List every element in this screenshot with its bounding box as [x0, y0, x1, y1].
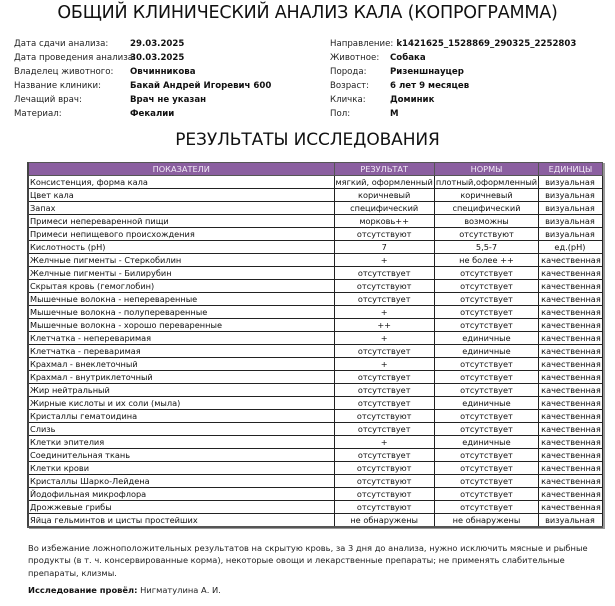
- table-row: Клетчатка - непереваримая+единичныекачес…: [28, 332, 602, 345]
- info-value: Овчинникова: [130, 65, 196, 79]
- cell-result: отсутствует: [334, 345, 434, 358]
- table-row: Соединительная тканьотсутствуетотсутству…: [28, 449, 602, 462]
- cell-indicator: Жирные кислоты и их соли (мыла): [28, 397, 334, 410]
- cell-result: отсутствуют: [334, 475, 434, 488]
- info-label: Дата проведения анализа:: [14, 51, 130, 65]
- cell-indicator: Желчные пигменты - Стеркобилин: [28, 254, 334, 267]
- table-row: Кислотность (pH)75,5-7ед.(pH): [28, 241, 602, 254]
- cell-indicator: Дрожжевые грибы: [28, 501, 334, 514]
- cell-result: отсутствует: [334, 371, 434, 384]
- results-title: РЕЗУЛЬТАТЫ ИССЛЕДОВАНИЯ: [0, 130, 615, 150]
- info-row-animal: Животное:Собака: [330, 51, 576, 65]
- cell-units: визуальная: [539, 189, 603, 202]
- cell-norm: отсутствует: [434, 462, 538, 475]
- table-row: Крахмал - внеклеточный+отсутствуеткачест…: [28, 358, 602, 371]
- cell-units: качественная: [539, 436, 603, 449]
- cell-norm: единичные: [434, 436, 538, 449]
- info-row-age: Возраст:6 лет 9 месяцев: [330, 79, 576, 93]
- cell-norm: отсутствует: [434, 306, 538, 319]
- cell-units: ед.(pH): [539, 241, 603, 254]
- cell-indicator: Клетки эпителия: [28, 436, 334, 449]
- cell-result: 7: [334, 241, 434, 254]
- cell-result: отсутствуют: [334, 280, 434, 293]
- cell-units: качественная: [539, 410, 603, 423]
- cell-units: визуальная: [539, 202, 603, 215]
- info-value: Фекалии: [130, 107, 174, 121]
- cell-norm: единичные: [434, 397, 538, 410]
- column-header-indicator: ПОКАЗАТЕЛИ: [28, 163, 334, 176]
- info-row-date-analysis: Дата проведения анализа:30.03.2025: [14, 51, 271, 65]
- cell-units: качественная: [539, 254, 603, 267]
- info-row-owner: Владелец животного:Овчинникова: [14, 65, 271, 79]
- info-value: 29.03.2025: [130, 37, 184, 51]
- cell-indicator: Консистенция, форма кала: [28, 176, 334, 189]
- info-value: Врач не указан: [130, 93, 206, 107]
- info-label: Владелец животного:: [14, 65, 130, 79]
- table-body: Консистенция, форма каламягкий, оформлен…: [28, 176, 602, 528]
- cell-norm: единичные: [434, 345, 538, 358]
- cell-units: визуальная: [539, 228, 603, 241]
- cell-result: +: [334, 254, 434, 267]
- cell-result: +: [334, 306, 434, 319]
- cell-indicator: Слизь: [28, 423, 334, 436]
- cell-indicator: Примеси непищевого происхождения: [28, 228, 334, 241]
- cell-norm: плотный,оформленный: [434, 176, 538, 189]
- cell-result: +: [334, 358, 434, 371]
- cell-norm: отсутствует: [434, 449, 538, 462]
- cell-norm: отсутствует: [434, 280, 538, 293]
- cell-units: визуальная: [539, 176, 603, 189]
- cell-units: качественная: [539, 280, 603, 293]
- info-label: Лечащий врач:: [14, 93, 130, 107]
- info-row-sex: Пол:М: [330, 107, 576, 121]
- table-row: Клетчатка - переваримаяотсутствуетединич…: [28, 345, 602, 358]
- cell-result: отсутствуют: [334, 488, 434, 501]
- info-row-referral: Направление:k1421625_1528869_290325_2252…: [330, 37, 576, 51]
- table-row: Жир нейтральныйотсутствуетотсутствуеткач…: [28, 384, 602, 397]
- info-value: Бакай Андрей Игоревич 600: [130, 79, 271, 93]
- table-row: Яйца гельминтов и цисты простейшихне обн…: [28, 514, 602, 528]
- info-value: 30.03.2025: [130, 51, 184, 65]
- table-row: Консистенция, форма каламягкий, оформлен…: [28, 176, 602, 189]
- cell-norm: коричневый: [434, 189, 538, 202]
- info-label: Кличка:: [330, 93, 390, 107]
- cell-indicator: Мышечные волокна - непереваренные: [28, 293, 334, 306]
- info-left-block: Дата сдачи анализа:29.03.2025 Дата прове…: [14, 37, 271, 121]
- cell-indicator: Мышечные волокна - хорошо переваренные: [28, 319, 334, 332]
- cell-norm: не обнаружены: [434, 514, 538, 528]
- info-row-breed: Порода:Ризеншнауцер: [330, 65, 576, 79]
- cell-units: качественная: [539, 423, 603, 436]
- column-header-units: ЕДИНИЦЫ: [539, 163, 603, 176]
- info-label: Животное:: [330, 51, 390, 65]
- table-row: Мышечные волокна - непереваренныеотсутст…: [28, 293, 602, 306]
- cell-result: отсутствуют: [334, 228, 434, 241]
- cell-indicator: Кристаллы гематоидина: [28, 410, 334, 423]
- info-value: Доминик: [390, 93, 434, 107]
- info-row-date-submitted: Дата сдачи анализа:29.03.2025: [14, 37, 271, 51]
- cell-indicator: Клетчатка - непереваримая: [28, 332, 334, 345]
- table-row: Слизьотсутствуетотсутствуеткачественная: [28, 423, 602, 436]
- cell-norm: не более ++: [434, 254, 538, 267]
- cell-result: отсутствует: [334, 293, 434, 306]
- cell-result: отсутствует: [334, 423, 434, 436]
- cell-result: не обнаружены: [334, 514, 434, 528]
- info-row-name: Кличка:Доминик: [330, 93, 576, 107]
- table-row: Скрытая кровь (гемоглобин)отсутствуютотс…: [28, 280, 602, 293]
- cell-norm: отсутствует: [434, 358, 538, 371]
- cell-norm: отсутствует: [434, 423, 538, 436]
- cell-norm: отсутствует: [434, 319, 538, 332]
- cell-units: качественная: [539, 462, 603, 475]
- table-row: Кристаллы гематоидинаотсутствуютотсутств…: [28, 410, 602, 423]
- cell-result: отсутствует: [334, 449, 434, 462]
- cell-units: качественная: [539, 384, 603, 397]
- table-row: Примеси непереваренной пищиморковь++возм…: [28, 215, 602, 228]
- cell-norm: 5,5-7: [434, 241, 538, 254]
- info-value: k1421625_1528869_290325_2252803: [396, 37, 576, 51]
- info-label: Возраст:: [330, 79, 390, 93]
- cell-indicator: Кристаллы Шарко-Лейдена: [28, 475, 334, 488]
- column-header-result: РЕЗУЛЬТАТ: [334, 163, 434, 176]
- info-label: Пол:: [330, 107, 390, 121]
- cell-norm: отсутствуют: [434, 228, 538, 241]
- cell-norm: отсутствует: [434, 501, 538, 514]
- cell-norm: отсутствует: [434, 293, 538, 306]
- cell-norm: отсутствует: [434, 475, 538, 488]
- cell-result: специфический: [334, 202, 434, 215]
- cell-units: качественная: [539, 397, 603, 410]
- info-label: Материал:: [14, 107, 130, 121]
- cell-units: качественная: [539, 449, 603, 462]
- cell-norm: отсутствует: [434, 410, 538, 423]
- cell-units: визуальная: [539, 514, 603, 528]
- cell-result: отсутствуют: [334, 462, 434, 475]
- table-row: Мышечные волокна - хорошо переваренные++…: [28, 319, 602, 332]
- column-header-norm: НОРМЫ: [434, 163, 538, 176]
- cell-units: качественная: [539, 501, 603, 514]
- cell-result: отсутствуют: [334, 501, 434, 514]
- table-row: Мышечные волокна - полупереваренные+отсу…: [28, 306, 602, 319]
- cell-indicator: Кислотность (pH): [28, 241, 334, 254]
- table-header-row: ПОКАЗАТЕЛИ РЕЗУЛЬТАТ НОРМЫ ЕДИНИЦЫ: [28, 163, 602, 176]
- info-label: Название клиники:: [14, 79, 130, 93]
- cell-result: коричневый: [334, 189, 434, 202]
- info-label: Порода:: [330, 65, 390, 79]
- cell-units: качественная: [539, 345, 603, 358]
- info-label: Дата сдачи анализа:: [14, 37, 130, 51]
- info-row-clinic: Название клиники:Бакай Андрей Игоревич 6…: [14, 79, 271, 93]
- signer-label: Исследование провёл:: [28, 585, 137, 595]
- cell-units: визуальная: [539, 215, 603, 228]
- table-row: Жирные кислоты и их соли (мыла)отсутству…: [28, 397, 602, 410]
- cell-norm: специфический: [434, 202, 538, 215]
- cell-indicator: Крахмал - внеклеточный: [28, 358, 334, 371]
- cell-result: отсутствует: [334, 267, 434, 280]
- cell-indicator: Клетки крови: [28, 462, 334, 475]
- cell-result: отсутствует: [334, 384, 434, 397]
- table-row: Кристаллы Шарко-Лейденаотсутствуютотсутс…: [28, 475, 602, 488]
- cell-result: морковь++: [334, 215, 434, 228]
- cell-norm: отсутствует: [434, 267, 538, 280]
- table-row: Йодофильная микрофлораотсутствуютотсутст…: [28, 488, 602, 501]
- document-title: ОБЩИЙ КЛИНИЧЕСКИЙ АНАЛИЗ КАЛА (КОПРОГРАМ…: [0, 3, 615, 23]
- cell-norm: возможны: [434, 215, 538, 228]
- info-value: М: [390, 107, 399, 121]
- results-table: ПОКАЗАТЕЛИ РЕЗУЛЬТАТ НОРМЫ ЕДИНИЦЫ Конси…: [27, 162, 603, 528]
- cell-units: качественная: [539, 475, 603, 488]
- cell-norm: отсутствует: [434, 488, 538, 501]
- cell-indicator: Мышечные волокна - полупереваренные: [28, 306, 334, 319]
- cell-indicator: Йодофильная микрофлора: [28, 488, 334, 501]
- cell-result: ++: [334, 319, 434, 332]
- cell-result: +: [334, 332, 434, 345]
- cell-indicator: Примеси непереваренной пищи: [28, 215, 334, 228]
- table-row: Клетки эпителия+единичныекачественная: [28, 436, 602, 449]
- info-row-material: Материал:Фекалии: [14, 107, 271, 121]
- cell-indicator: Запах: [28, 202, 334, 215]
- cell-indicator: Яйца гельминтов и цисты простейших: [28, 514, 334, 528]
- cell-indicator: Желчные пигменты - Билирубин: [28, 267, 334, 280]
- cell-units: качественная: [539, 488, 603, 501]
- info-row-doctor: Лечащий врач:Врач не указан: [14, 93, 271, 107]
- table-row: Запахспецифическийспецифическийвизуальна…: [28, 202, 602, 215]
- info-value: 6 лет 9 месяцев: [390, 79, 469, 93]
- table-row: Крахмал - внутриклеточныйотсутствуетотсу…: [28, 371, 602, 384]
- signer-name: Нигматулина А. И.: [140, 585, 221, 595]
- cell-indicator: Клетчатка - переваримая: [28, 345, 334, 358]
- info-value: Собака: [390, 51, 426, 65]
- preparation-note: Во избежание ложноположительных результа…: [28, 542, 593, 579]
- info-value: Ризеншнауцер: [390, 65, 464, 79]
- table-row: Дрожжевые грибыотсутствуютотсутствуеткач…: [28, 501, 602, 514]
- cell-units: качественная: [539, 371, 603, 384]
- table-row: Цвет калакоричневыйкоричневыйвизуальная: [28, 189, 602, 202]
- cell-result: отсутствует: [334, 397, 434, 410]
- table-row: Желчные пигменты - Билирубинотсутствуето…: [28, 267, 602, 280]
- table-row: Клетки кровиотсутствуютотсутствуеткачест…: [28, 462, 602, 475]
- cell-result: +: [334, 436, 434, 449]
- cell-units: качественная: [539, 267, 603, 280]
- table-row: Желчные пигменты - Стеркобилин+не более …: [28, 254, 602, 267]
- cell-units: качественная: [539, 358, 603, 371]
- cell-norm: отсутствует: [434, 384, 538, 397]
- cell-norm: единичные: [434, 332, 538, 345]
- cell-result: мягкий, оформленный: [334, 176, 434, 189]
- info-right-block: Направление:k1421625_1528869_290325_2252…: [330, 37, 576, 121]
- cell-indicator: Соединительная ткань: [28, 449, 334, 462]
- cell-units: качественная: [539, 293, 603, 306]
- info-label: Направление:: [330, 37, 393, 51]
- cell-indicator: Цвет кала: [28, 189, 334, 202]
- cell-units: качественная: [539, 332, 603, 345]
- cell-indicator: Жир нейтральный: [28, 384, 334, 397]
- cell-result: отсутствуют: [334, 410, 434, 423]
- signer-line: Исследование провёл: Нигматулина А. И.: [28, 585, 221, 595]
- cell-units: качественная: [539, 319, 603, 332]
- cell-indicator: Скрытая кровь (гемоглобин): [28, 280, 334, 293]
- table-row: Примеси непищевого происхожденияотсутств…: [28, 228, 602, 241]
- cell-units: качественная: [539, 306, 603, 319]
- cell-indicator: Крахмал - внутриклеточный: [28, 371, 334, 384]
- cell-norm: отсутствует: [434, 371, 538, 384]
